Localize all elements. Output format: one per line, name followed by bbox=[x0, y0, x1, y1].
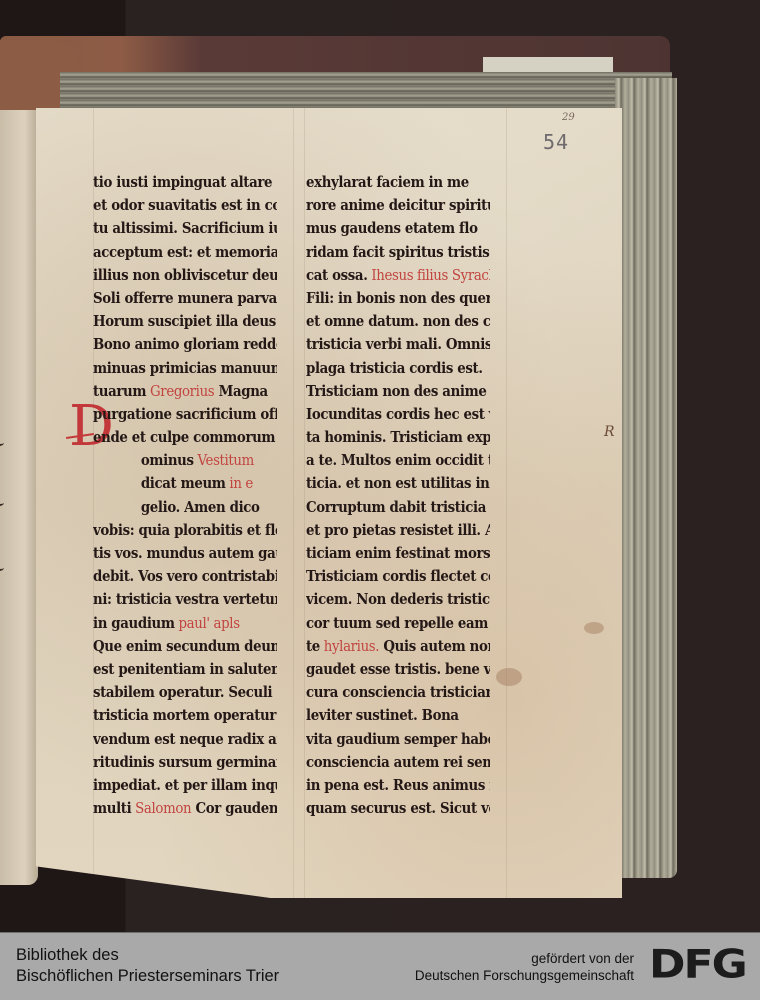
manuscript-line: ta hominis. Tristiciam expelle bbox=[306, 426, 490, 449]
line-text: multi bbox=[93, 800, 131, 817]
ruling-line bbox=[293, 108, 294, 898]
manuscript-line: plaga tristicia cordis est. bbox=[306, 357, 490, 380]
manuscript-line: gaudet esse tristis. bene vivere. Se bbox=[306, 658, 490, 681]
line-text: tristicia verbi mali. Omnis bbox=[306, 336, 490, 353]
line-text: Corruptum dabit tristicia bbox=[306, 499, 486, 516]
manuscript-line: Soli offerre munera parva. bbox=[93, 287, 277, 310]
line-text: tu altissimi. Sacrificium iusti bbox=[93, 220, 277, 237]
margin-note: R bbox=[604, 424, 615, 440]
line-text: et pro pietas resistet illi. Ador bbox=[306, 522, 490, 539]
line-text: Iocunditas cordis hec est vi bbox=[306, 406, 490, 423]
manuscript-line: consciencia autem rei semper bbox=[306, 751, 490, 774]
old-folio-number: 29 bbox=[562, 112, 575, 123]
institution-line-1: Bibliothek des bbox=[16, 945, 279, 966]
manuscript-line: acceptum est: et memoriam bbox=[93, 241, 277, 264]
dfg-logo: DFG bbox=[649, 947, 746, 983]
folio-number: 54 bbox=[543, 130, 569, 154]
line-text: purgatione sacrificium offici bbox=[93, 406, 277, 423]
line-text: est penitentiam in salutem bbox=[93, 661, 277, 678]
manuscript-line: quam securus est. Sicut vesti bbox=[306, 797, 490, 820]
footer-banner: Bibliothek des Bischöflichen Priestersem… bbox=[0, 932, 760, 1000]
line-text: minuas primicias manuum bbox=[93, 360, 277, 377]
line-text: et omne datum. non des cum bbox=[306, 313, 490, 330]
ruling-line bbox=[304, 108, 305, 898]
line-text: et odor suavitatis est in conspec bbox=[93, 197, 277, 214]
funding-credit: gefördert von der Deutschen Forschungsge… bbox=[415, 950, 634, 984]
manuscript-line: et odor suavitatis est in conspec bbox=[93, 194, 277, 217]
manuscript-line: Tristiciam non des anime tue. bbox=[306, 380, 490, 403]
facing-page-ink-mark bbox=[0, 500, 4, 506]
manuscript-line: minuas primicias manuum bbox=[93, 357, 277, 380]
manuscript-line: tio iusti impinguat altare bbox=[93, 171, 277, 194]
line-text: cat ossa. bbox=[306, 267, 367, 284]
manuscript-page: 29 54 R D tio iusti impinguat altareet o… bbox=[36, 108, 622, 898]
line-text-after-rubric: Magna bbox=[214, 383, 268, 400]
line-text: vobis: quia plorabitis et flebi bbox=[93, 522, 277, 539]
manuscript-line: et pro pietas resistet illi. Ador bbox=[306, 519, 490, 542]
line-text: mus gaudens etatem flo bbox=[306, 220, 478, 237]
manuscript-line: ridam facit spiritus tristis exsic bbox=[306, 241, 490, 264]
manuscript-line: te hylarius. Quis autem non bbox=[306, 635, 490, 658]
line-text: ritudinis sursum germinans bbox=[93, 754, 277, 771]
manuscript-line: impediat. et per illam inquinentur bbox=[93, 774, 277, 797]
manuscript-line: cor tuum sed repelle eam a bbox=[306, 612, 490, 635]
manuscript-line: et omne datum. non des cum bbox=[306, 310, 490, 333]
manuscript-line: debit. Vos vero contristabimi bbox=[93, 565, 277, 588]
line-text: vendum est neque radix ama bbox=[93, 731, 277, 748]
line-text: cor tuum sed repelle eam a bbox=[306, 615, 490, 632]
manuscript-line: ritudinis sursum germinans bbox=[93, 751, 277, 774]
parchment-stain bbox=[584, 622, 604, 634]
manuscript-line: tu altissimi. Sacrificium iusti bbox=[93, 217, 277, 240]
line-text: ominus bbox=[141, 452, 194, 469]
rubric-text: Vestitum bbox=[194, 453, 254, 469]
manuscript-line: vobis: quia plorabitis et flebi bbox=[93, 519, 277, 542]
line-text: debit. Vos vero contristabimi bbox=[93, 568, 277, 585]
manuscript-line: purgatione sacrificium offici bbox=[93, 403, 277, 426]
manuscript-line: vendum est neque radix ama bbox=[93, 728, 277, 751]
manuscript-line: stabilem operatur. Seculi autem bbox=[93, 681, 277, 704]
manuscript-line: Fili: in bonis non des querelam bbox=[306, 287, 490, 310]
line-text: Bono animo gloriam redde deo et non bbox=[93, 336, 277, 353]
page-edges-fore bbox=[615, 78, 677, 878]
line-text: vicem. Non dederis tristicie bbox=[306, 591, 490, 608]
line-text: tuarum bbox=[93, 383, 146, 400]
rubric-text: Salomon bbox=[131, 801, 191, 817]
facing-page-edge bbox=[0, 110, 38, 885]
line-text: tis vos. mundus autem gau bbox=[93, 545, 277, 562]
rubric-text: hylarius. bbox=[320, 639, 379, 655]
line-text: te bbox=[306, 638, 320, 655]
text-column-left: tio iusti impinguat altareet odor suavit… bbox=[93, 171, 293, 820]
line-text: gaudet esse tristis. bene vivere. Se bbox=[306, 661, 490, 678]
manuscript-line: Tristiciam cordis flectet cer bbox=[306, 565, 490, 588]
manuscript-line: vicem. Non dederis tristicie bbox=[306, 588, 490, 611]
line-text: rore anime deicitur spiritus Ani bbox=[306, 197, 490, 214]
manuscript-line: vita gaudium semper habet. bbox=[306, 728, 490, 751]
line-text: a te. Multos enim occidit tris bbox=[306, 452, 490, 469]
manuscript-line: tristicia mortem operatur: Ca bbox=[93, 704, 277, 727]
line-text: tio iusti impinguat altare bbox=[93, 174, 272, 191]
line-text: in pena est. Reus animus nun bbox=[306, 777, 490, 794]
manuscript-line: Bono animo gloriam redde deo et non bbox=[93, 333, 277, 356]
rubric-text: paul' apls bbox=[175, 616, 240, 632]
line-text: vita gaudium semper habet. bbox=[306, 731, 490, 748]
manuscript-line: leviter sustinet. Bona bbox=[306, 704, 490, 727]
manuscript-line: gelio. Amen dico bbox=[93, 496, 277, 519]
manuscript-line: illius non obliviscetur deus bbox=[93, 264, 277, 287]
funding-line-2: Deutschen Forschungsgemeinschaft bbox=[415, 967, 634, 984]
manuscript-scan: 29 54 R D tio iusti impinguat altareet o… bbox=[0, 0, 760, 932]
rubric-text: Gregorius bbox=[146, 384, 214, 400]
manuscript-line: Horum suscipiet illa deus. bbox=[93, 310, 277, 333]
manuscript-line: rore anime deicitur spiritus Ani bbox=[306, 194, 490, 217]
manuscript-line: tristicia verbi mali. Omnis bbox=[306, 333, 490, 356]
manuscript-line: cura consciencia tristiciam bbox=[306, 681, 490, 704]
line-text: dicat meum bbox=[141, 475, 226, 492]
line-text: ta hominis. Tristiciam expelle bbox=[306, 429, 490, 446]
manuscript-line: ende et culpe commorum bbox=[93, 426, 277, 449]
line-text: ni: tristicia vestra vertetur bbox=[93, 591, 277, 608]
institution-name: Bibliothek des Bischöflichen Priestersem… bbox=[16, 945, 279, 987]
line-text: Horum suscipiet illa deus. bbox=[93, 313, 277, 330]
line-text: Tristiciam cordis flectet cer bbox=[306, 568, 490, 585]
line-text: quam securus est. Sicut vesti bbox=[306, 800, 490, 817]
manuscript-line: ominus Vestitum bbox=[93, 449, 277, 472]
line-text: illius non obliviscetur deus bbox=[93, 267, 277, 284]
manuscript-line: in gaudium paul' apls bbox=[93, 612, 277, 635]
manuscript-line: cat ossa. Ihesus filius Syrach. bbox=[306, 264, 490, 287]
line-text: plaga tristicia cordis est. bbox=[306, 360, 483, 377]
line-text: Fili: in bonis non des querelam bbox=[306, 290, 490, 307]
manuscript-line: tis vos. mundus autem gau bbox=[93, 542, 277, 565]
manuscript-line: mus gaudens etatem flo bbox=[306, 217, 490, 240]
ruling-line bbox=[506, 108, 507, 898]
line-text: Que enim secundum deum tristicia bbox=[93, 638, 277, 655]
text-column-right: exhylarat faciem in merore anime deicitu… bbox=[306, 171, 506, 820]
line-text: gelio. Amen dico bbox=[141, 499, 260, 516]
line-text: cura consciencia tristiciam bbox=[306, 684, 490, 701]
manuscript-line: Corruptum dabit tristicia bbox=[306, 496, 490, 519]
manuscript-line: in pena est. Reus animus nun bbox=[306, 774, 490, 797]
rubric-text: in e bbox=[226, 476, 253, 492]
facing-page-ink-mark bbox=[0, 565, 4, 571]
manuscript-line: exhylarat faciem in me bbox=[306, 171, 490, 194]
line-text-after-rubric: Quis autem non bbox=[379, 638, 490, 655]
manuscript-line: ticia. et non est utilitas in illa bbox=[306, 472, 490, 495]
line-text-after-rubric: Cor gaudens bbox=[191, 800, 277, 817]
line-text: consciencia autem rei semper bbox=[306, 754, 490, 771]
line-text: Soli offerre munera parva. bbox=[93, 290, 277, 307]
institution-line-2: Bischöflichen Priesterseminars Trier bbox=[16, 966, 279, 987]
line-text: stabilem operatur. Seculi autem bbox=[93, 684, 277, 701]
line-text: leviter sustinet. Bona bbox=[306, 707, 459, 724]
line-text: Tristiciam non des anime tue. bbox=[306, 383, 490, 400]
line-text: exhylarat faciem in me bbox=[306, 174, 469, 191]
manuscript-line: Que enim secundum deum tristicia bbox=[93, 635, 277, 658]
facing-page-ink-mark bbox=[0, 440, 4, 446]
manuscript-line: ni: tristicia vestra vertetur bbox=[93, 588, 277, 611]
manuscript-line: Iocunditas cordis hec est vi bbox=[306, 403, 490, 426]
line-text: tristicia mortem operatur: Ca bbox=[93, 707, 277, 724]
manuscript-line: a te. Multos enim occidit tris bbox=[306, 449, 490, 472]
line-text: ridam facit spiritus tristis exsic bbox=[306, 244, 490, 261]
funding-line-1: gefördert von der bbox=[415, 950, 634, 967]
line-text: ende et culpe commorum bbox=[93, 429, 275, 446]
line-text: in gaudium bbox=[93, 615, 175, 632]
page-edges-top bbox=[60, 72, 672, 112]
manuscript-line: tuarum Gregorius Magna bbox=[93, 380, 277, 403]
line-text: ticiam enim festinat mors. bbox=[306, 545, 490, 562]
line-text: impediat. et per illam inquinentur bbox=[93, 777, 277, 794]
line-text: ticia. et non est utilitas in illa bbox=[306, 475, 490, 492]
manuscript-line: dicat meum in e bbox=[93, 472, 277, 495]
manuscript-line: est penitentiam in salutem bbox=[93, 658, 277, 681]
rubric-text: Ihesus filius Syrach. bbox=[367, 268, 490, 284]
manuscript-line: ticiam enim festinat mors. bbox=[306, 542, 490, 565]
line-text: acceptum est: et memoriam bbox=[93, 244, 277, 261]
manuscript-line: multi Salomon Cor gaudens bbox=[93, 797, 277, 820]
